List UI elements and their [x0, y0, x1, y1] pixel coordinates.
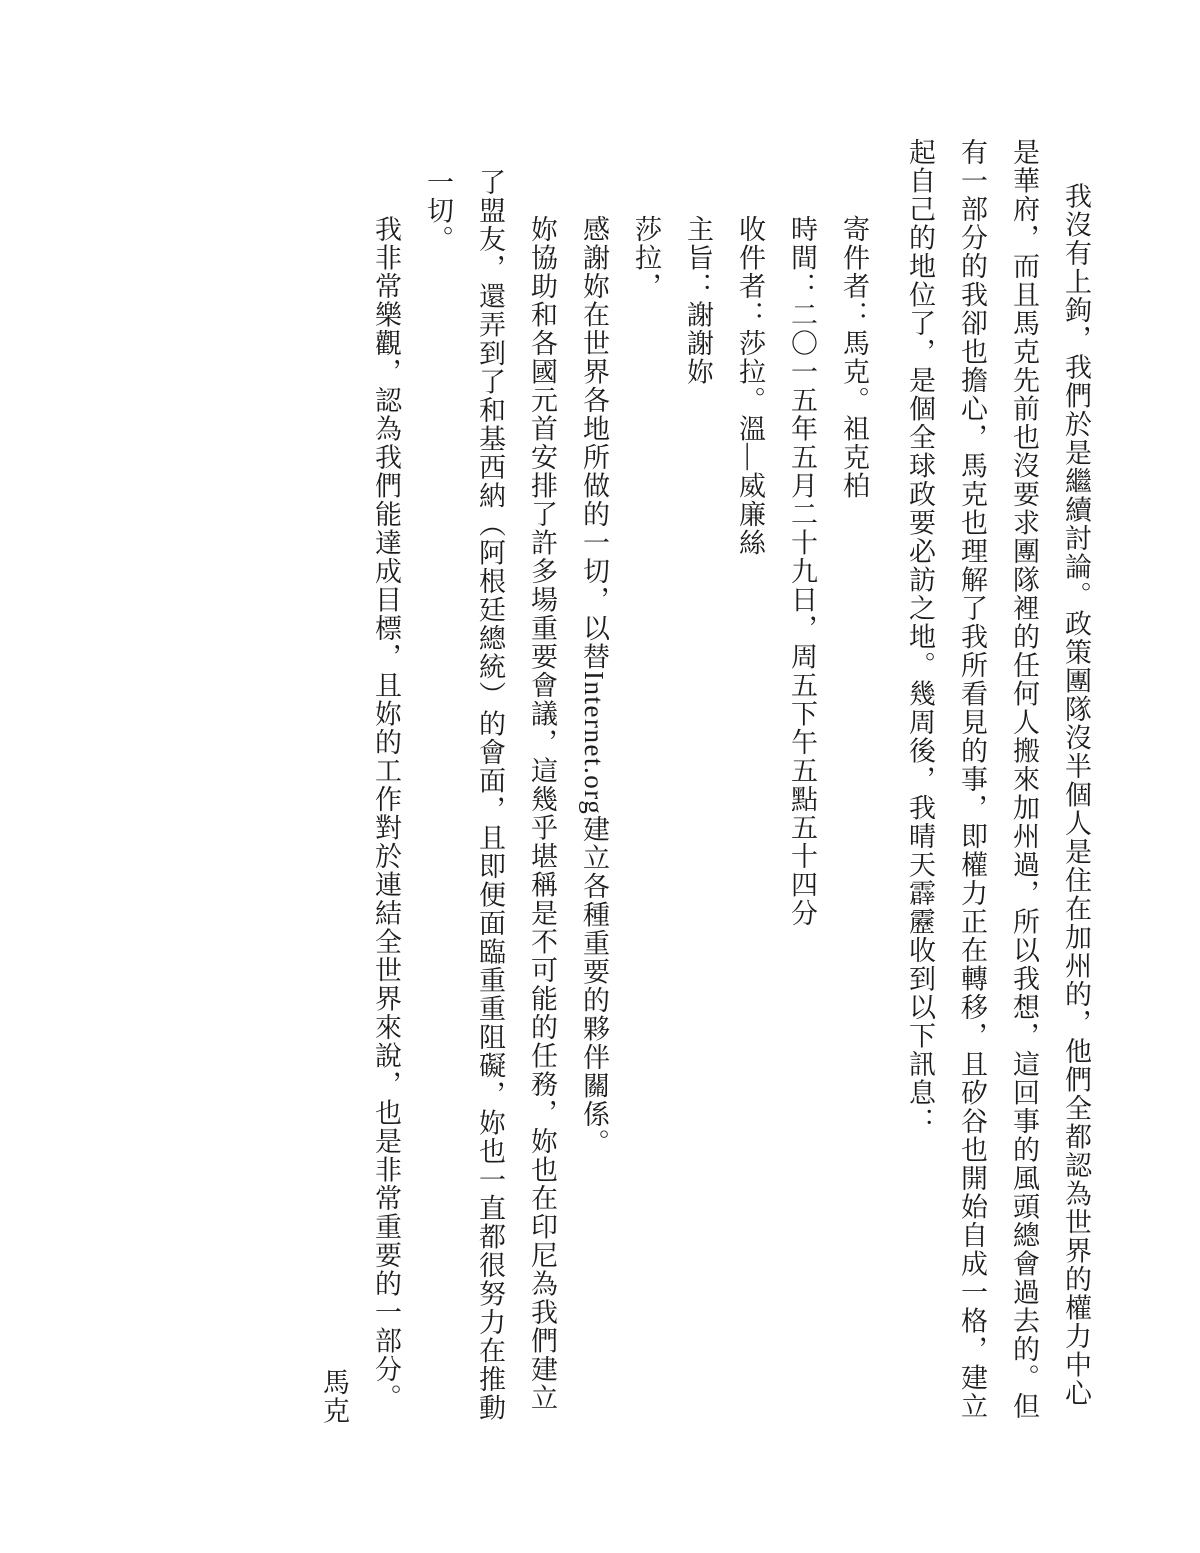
email-to-line: 收件者：莎拉。溫—威廉絲 — [724, 168, 776, 1425]
email-body-paragraph-1: 感謝妳在世界各地所做的一切，以替Internet.org建立各種重要的夥伴關係。 — [568, 168, 620, 1425]
email-body-paragraph-2: 妳協助和各國元首安排了許多場重要會議，這幾乎堪稱是不可能的任務，妳也在印尼為我們… — [412, 168, 568, 1425]
email-body-paragraph-3: 我非常樂觀，認為我們能達成目標，且妳的工作對於連結全世界來說，也是非常重要的一部… — [360, 168, 412, 1425]
page-text-area: 我沒有上鉤，我們於是繼續討論。政策團隊沒半個人是住在加州的，他們全都認為世界的權… — [242, 138, 1102, 1425]
email-subject-line: 主旨：謝謝妳 — [672, 168, 724, 1425]
email-salutation: 莎拉， — [620, 168, 672, 1425]
book-page: 我沒有上鉤，我們於是繼續討論。政策團隊沒半個人是住在加州的，他們全都認為世界的權… — [0, 0, 1200, 1553]
narrative-paragraph: 我沒有上鉤，我們於是繼續討論。政策團隊沒半個人是住在加州的，他們全都認為世界的權… — [894, 138, 1102, 1425]
email-from-line: 寄件者：馬克。祖克柏 — [828, 168, 880, 1425]
email-time-line: 時間：二〇一五年五月二十九日，周五下午五點五十四分 — [776, 168, 828, 1425]
email-quote-block: 寄件者：馬克。祖克柏 時間：二〇一五年五月二十九日，周五下午五點五十四分 收件者… — [308, 138, 880, 1425]
email-signature: 馬克 — [308, 168, 360, 1425]
